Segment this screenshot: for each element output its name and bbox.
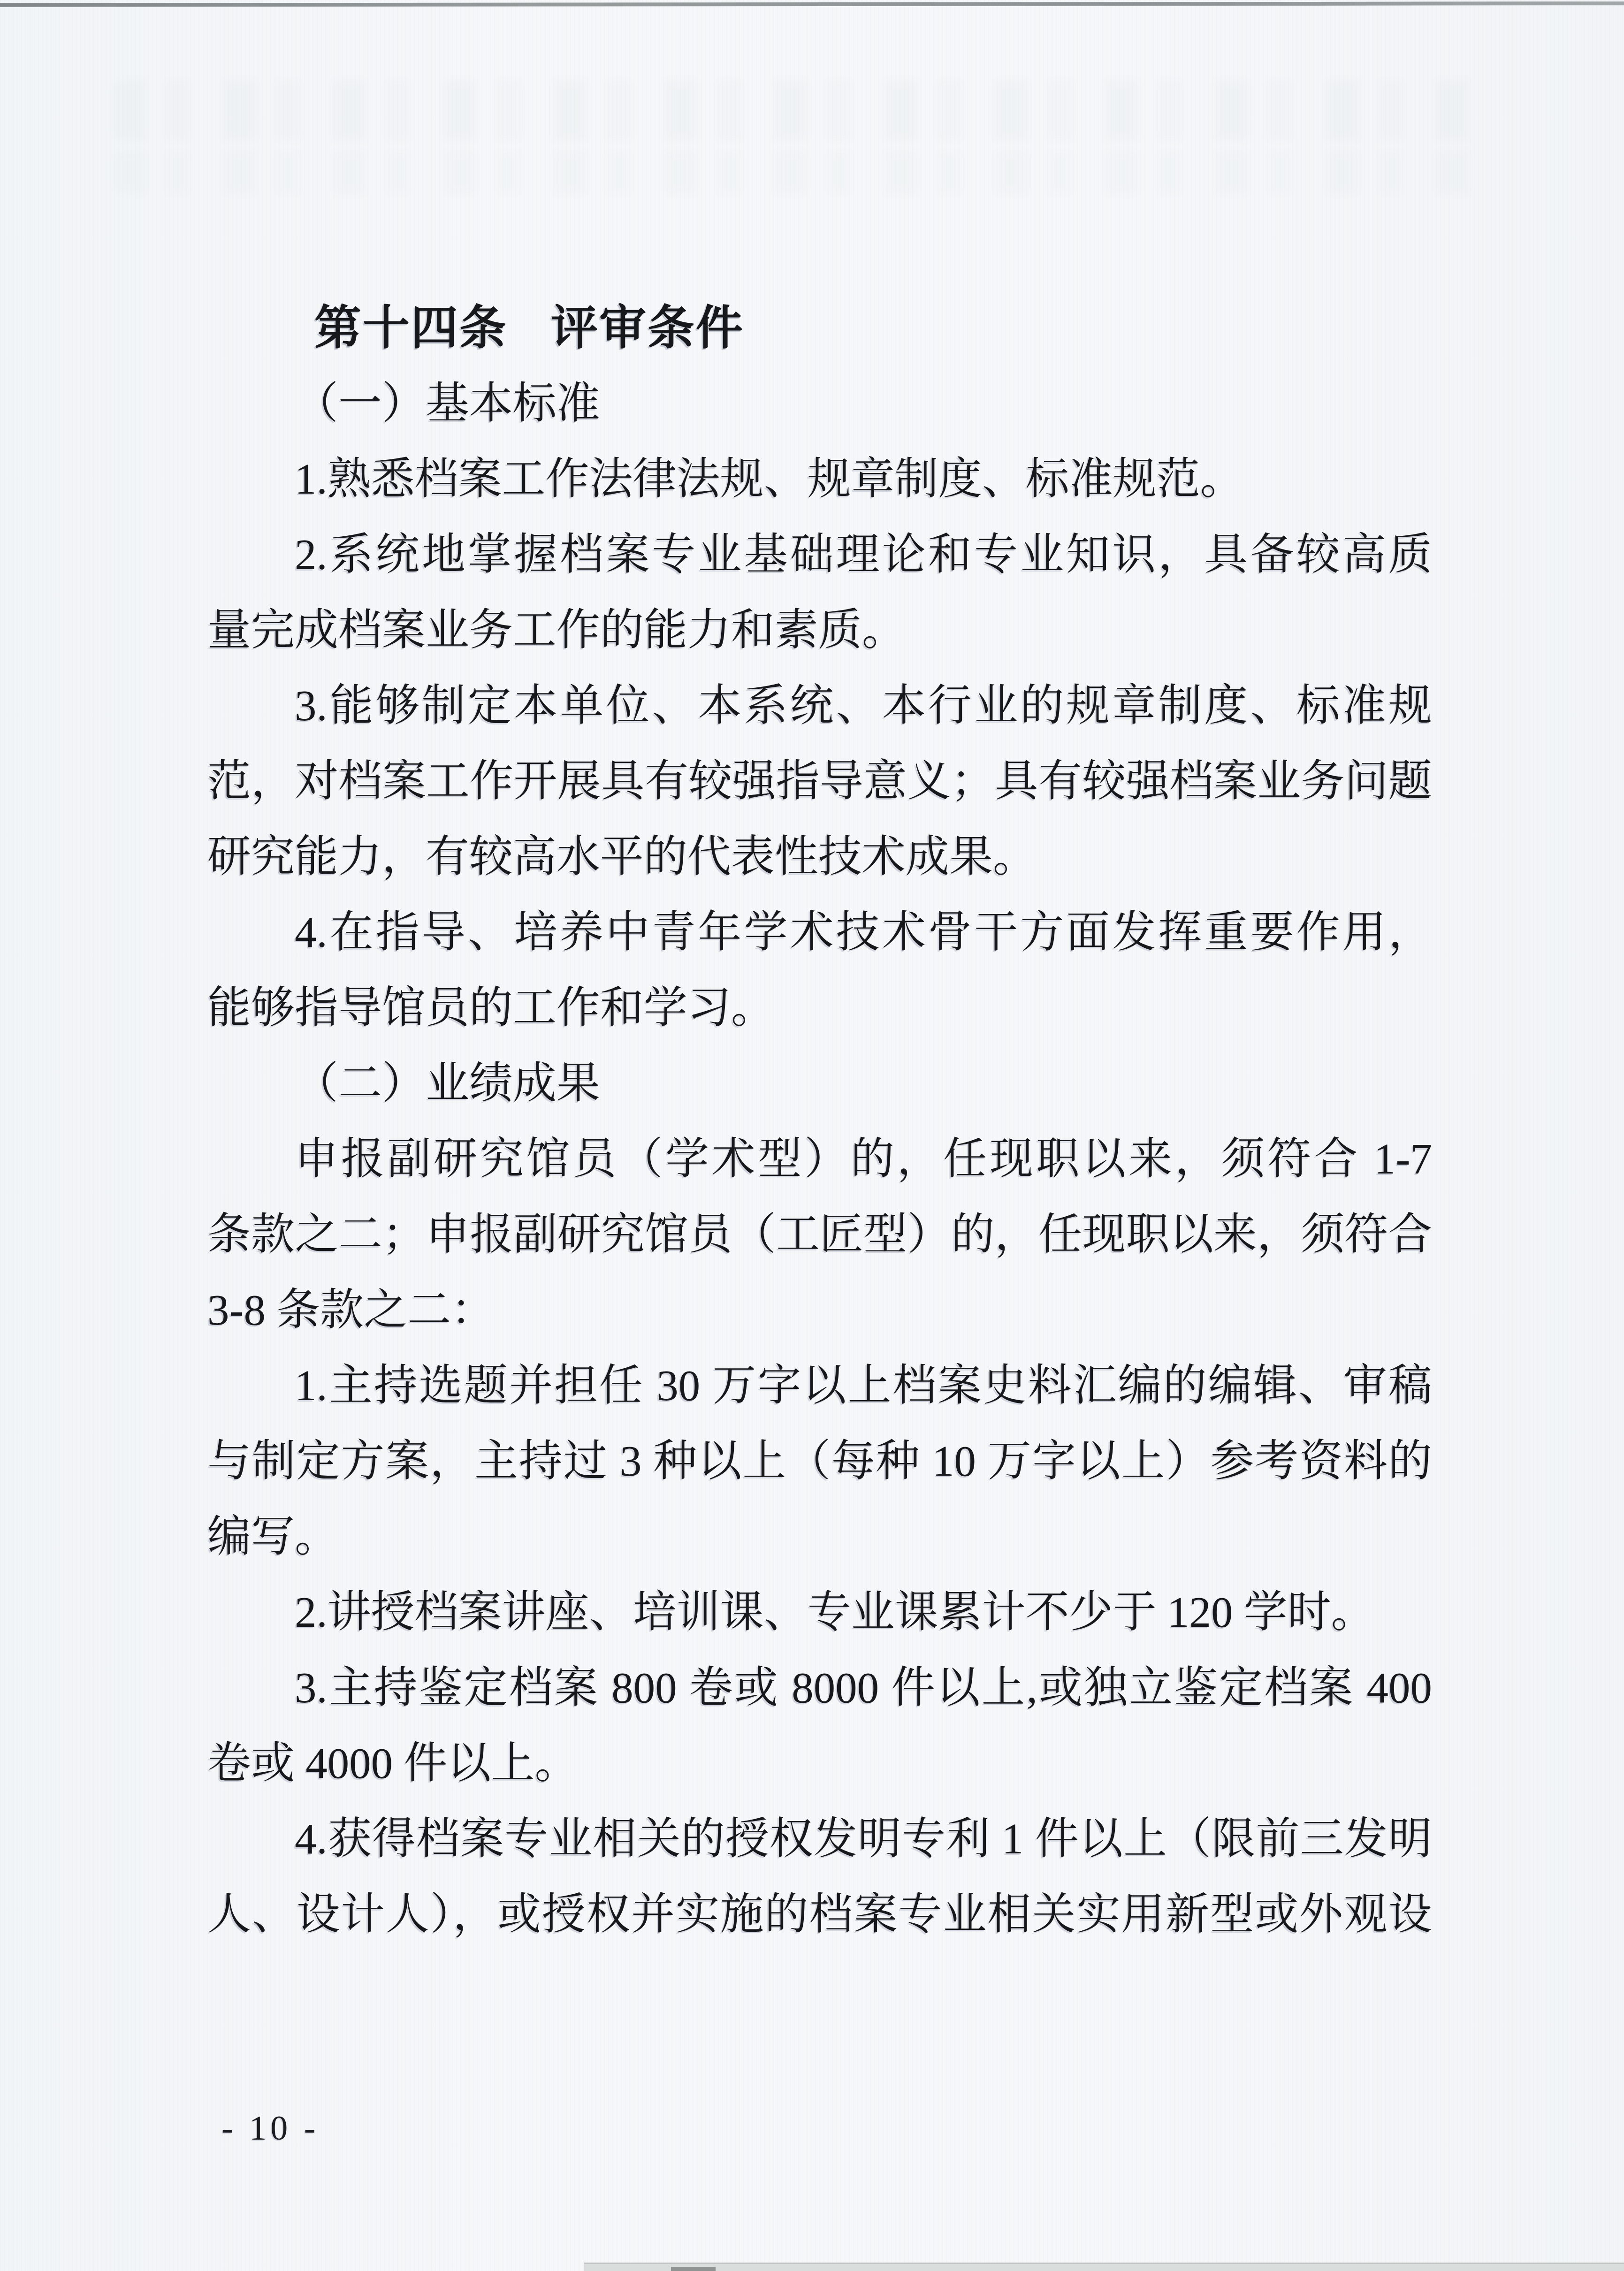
text-line: （一）基本标准 <box>207 366 1432 442</box>
text-line: 研究能力，有较高水平的代表性技术成果。 <box>207 819 1432 895</box>
text-line: 能够指导馆员的工作和学习。 <box>207 970 1432 1046</box>
text-line: 人、设计人），或授权并实施的档案专业相关实用新型或外观设 <box>207 1877 1432 1952</box>
text-line: 与制定方案，主持过 3 种以上（每种 10 万字以上）参考资料的 <box>207 1424 1432 1499</box>
scan-top-edge-artifact <box>0 1 1624 7</box>
text-line: 量完成档案业务工作的能力和素质。 <box>207 593 1432 668</box>
text-line: 3-8 条款之二： <box>207 1273 1432 1348</box>
text-line: 范，对档案工作开展具有较强指导意义；具有较强档案业务问题 <box>207 744 1432 819</box>
text-line: 3.能够制定本单位、本系统、本行业的规章制度、标准规 <box>207 668 1432 744</box>
text-line: 条款之二；申报副研究馆员（工匠型）的，任现职以来，须符合 <box>207 1197 1432 1273</box>
text-line: 申报副研究馆员（学术型）的，任现职以来，须符合 1-7 <box>207 1121 1432 1197</box>
text-line: 编写。 <box>207 1499 1432 1575</box>
article-number: 第十四条 <box>314 302 508 354</box>
text-line: （二）业绩成果 <box>207 1046 1432 1121</box>
bleed-through-artifact <box>113 80 1478 141</box>
text-line: 1.熟悉档案工作法律法规、规章制度、标准规范。 <box>207 442 1432 517</box>
text-line: 3.主持鉴定档案 800 卷或 8000 件以上,或独立鉴定档案 400 <box>207 1650 1432 1726</box>
scan-bottom-corner-artifact <box>671 2267 716 2271</box>
text-line: 2.系统地掌握档案专业基础理论和专业知识，具备较高质 <box>207 517 1432 593</box>
article-heading: 第十四条评审条件 <box>207 290 1432 366</box>
document-body: 第十四条评审条件 （一）基本标准 1.熟悉档案工作法律法规、规章制度、标准规范。… <box>207 290 1432 1952</box>
scan-bottom-edge-artifact <box>584 2263 1624 2271</box>
bleed-through-artifact <box>113 150 1478 195</box>
article-title: 评审条件 <box>551 302 744 354</box>
page-number: - 10 - <box>221 2109 319 2149</box>
text-line: 1.主持选题并担任 30 万字以上档案史料汇编的编辑、审稿 <box>207 1348 1432 1424</box>
text-line: 4.在指导、培养中青年学术技术骨干方面发挥重要作用， <box>207 895 1432 970</box>
text-line: 2.讲授档案讲座、培训课、专业课累计不少于 120 学时。 <box>207 1575 1432 1650</box>
text-line: 卷或 4000 件以上。 <box>207 1726 1432 1801</box>
text-line: 4.获得档案专业相关的授权发明专利 1 件以上（限前三发明 <box>207 1801 1432 1877</box>
